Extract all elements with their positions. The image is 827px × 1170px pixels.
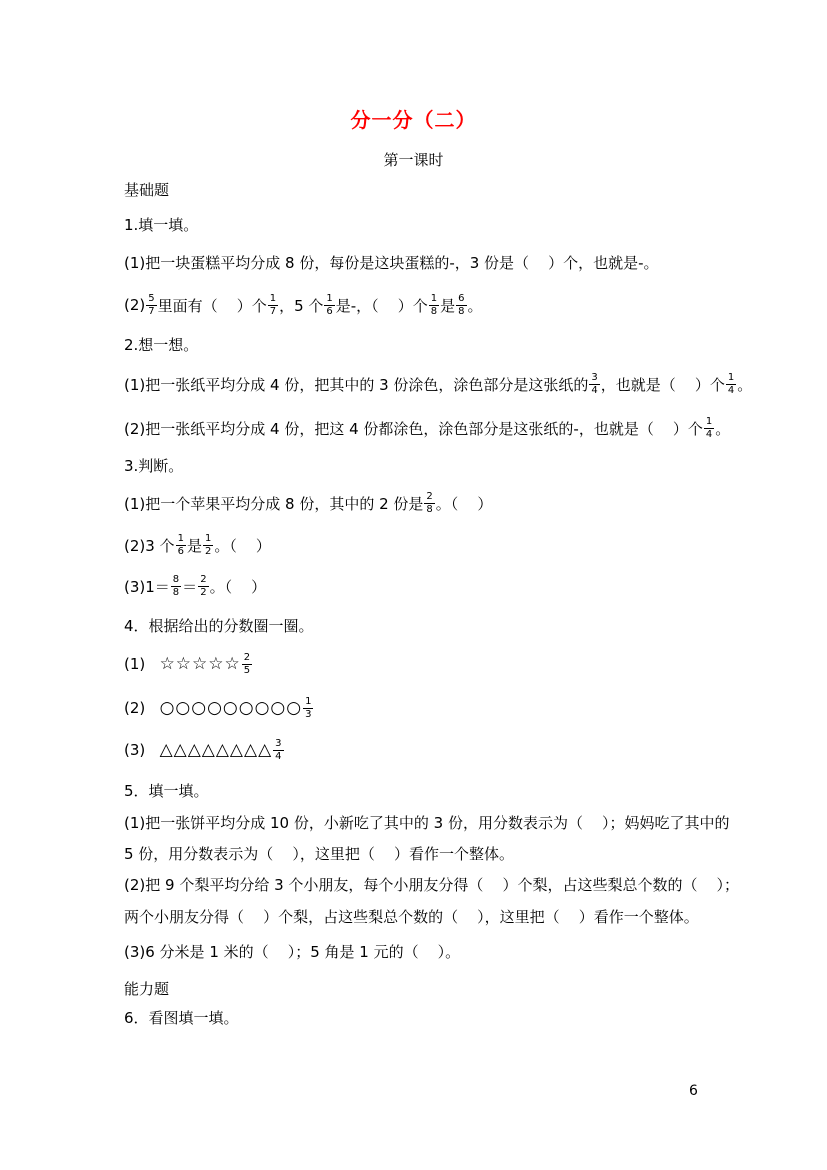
fraction-numerator: 1: [429, 293, 439, 305]
text-run: (1)把一块蛋糕平均分成 8 份，每份是这块蛋糕的-，3 份是（ ）个，也就是-…: [124, 252, 659, 273]
shape-row: △△△△△△△△: [160, 740, 273, 760]
q4-item3: (3) △△△△△△△△34: [124, 735, 285, 765]
text-run: 3.判断。: [124, 455, 183, 476]
text-run: 5．填一填。: [124, 780, 209, 801]
text-run: (2)把 9 个梨平均分给 3 个小朋友，每个小朋友分得（ ）个梨，占这些梨总个…: [124, 874, 739, 895]
text-run: 。（ ）: [436, 493, 493, 514]
fraction: 14: [704, 416, 714, 440]
text-run: (1)把一个苹果平均分成 8 份，其中的 2 份是: [124, 493, 423, 514]
fraction-numerator: 1: [726, 372, 736, 384]
fraction-numerator: 5: [146, 293, 156, 305]
text-run: 6．看图填一填。: [124, 1007, 239, 1028]
q1-item2: (2)57里面有（ ）个17，5 个16是-，（ ）个18是68。: [124, 290, 483, 320]
fraction-denominator: 4: [589, 384, 599, 397]
q5-item1-line2: 5 份，用分数表示为（ ），这里把（ ）看作一个整体。: [124, 838, 514, 868]
fraction-numerator: 2: [198, 574, 208, 586]
fraction: 34: [589, 372, 599, 396]
text-run: (2)把一张纸平均分成 4 份，把这 4 份都涂色，涂色部分是这张纸的-，也就是…: [124, 418, 703, 439]
page-number: 6: [689, 1083, 698, 1099]
fraction-numerator: 1: [268, 293, 278, 305]
text-run: (1)把一张饼平均分成 10 份，小新吃了其中的 3 份，用分数表示为（ ）；妈…: [124, 812, 730, 833]
text-run: 基础题: [124, 179, 169, 200]
q2-header: 2.想一想。: [124, 329, 198, 359]
q5-item2-line1: (2)把 9 个梨平均分给 3 个小朋友，每个小朋友分得（ ）个梨，占这些梨总个…: [124, 869, 739, 899]
text-run: 是: [187, 535, 202, 556]
text-run: 。（ ）: [210, 576, 267, 597]
fraction-numerator: 1: [303, 696, 313, 708]
q3-item3: (3)1＝88＝22。（ ）: [124, 571, 266, 601]
fraction-denominator: 7: [146, 305, 156, 318]
fraction: 25: [242, 652, 252, 676]
shape-row: ○○○○○○○○○: [160, 698, 303, 718]
q1-header: 1.填一填。: [124, 209, 198, 239]
fraction-numerator: 3: [589, 372, 599, 384]
section-basic-label: 基础题: [124, 174, 169, 204]
fraction: 34: [273, 738, 283, 762]
text-run: 。: [737, 374, 752, 395]
fraction: 16: [176, 533, 186, 557]
text-run: 能力题: [124, 978, 169, 999]
fraction: 16: [324, 293, 334, 317]
text-run: (2): [124, 296, 145, 314]
text-run: (3)1＝: [124, 576, 170, 597]
fraction-denominator: 6: [176, 545, 186, 558]
worksheet-page: 分一分（二） 第一课时 基础题1.填一填。(1)把一块蛋糕平均分成 8 份，每份…: [0, 0, 827, 1170]
q5-header: 5．填一填。: [124, 775, 209, 805]
text-run: (2)3 个: [124, 535, 175, 556]
fraction: 17: [268, 293, 278, 317]
fraction-numerator: 8: [171, 574, 181, 586]
text-run: 5 份，用分数表示为（ ），这里把（ ）看作一个整体。: [124, 843, 514, 864]
fraction-numerator: 6: [456, 293, 466, 305]
fraction-denominator: 8: [171, 586, 181, 599]
text-run: (3): [124, 741, 160, 759]
fraction-denominator: 8: [429, 305, 439, 318]
text-run: (1)把一张纸平均分成 4 份，把其中的 3 份涂色，涂色部分是这张纸的: [124, 374, 588, 395]
text-run: 2.想一想。: [124, 334, 198, 355]
fraction-denominator: 7: [268, 305, 278, 318]
q5-item1-line1: (1)把一张饼平均分成 10 份，小新吃了其中的 3 份，用分数表示为（ ）；妈…: [124, 807, 730, 837]
q4-item1: (1) ☆☆☆☆☆25: [124, 649, 253, 679]
text-run: 。: [468, 295, 483, 316]
fraction: 28: [424, 491, 434, 515]
text-run: 。: [715, 418, 730, 439]
text-run: 1.填一填。: [124, 214, 198, 235]
q2-item2: (2)把一张纸平均分成 4 份，把这 4 份都涂色，涂色部分是这张纸的-，也就是…: [124, 413, 730, 443]
text-run: (1): [124, 655, 160, 673]
text-run: 是-，（ ）个: [336, 295, 428, 316]
q3-item1: (1)把一个苹果平均分成 8 份，其中的 2 份是28。（ ）: [124, 488, 492, 518]
fraction: 57: [146, 293, 156, 317]
q4-item2: (2) ○○○○○○○○○13: [124, 693, 314, 723]
fraction-numerator: 3: [273, 738, 283, 750]
fraction: 12: [203, 533, 213, 557]
q4-header: 4．根据给出的分数圈一圈。: [124, 610, 314, 640]
fraction-denominator: 8: [424, 503, 434, 516]
fraction-denominator: 3: [303, 708, 313, 721]
fraction-denominator: 4: [726, 384, 736, 397]
fraction-denominator: 8: [456, 305, 466, 318]
q3-header: 3.判断。: [124, 450, 183, 480]
section-ability-label: 能力题: [124, 973, 169, 1003]
q1-item1: (1)把一块蛋糕平均分成 8 份，每份是这块蛋糕的-，3 份是（ ）个，也就是-…: [124, 247, 659, 277]
fraction-denominator: 2: [198, 586, 208, 599]
text-run: 。（ ）: [214, 535, 271, 556]
fraction: 13: [303, 696, 313, 720]
text-run: 是: [440, 295, 455, 316]
fraction-denominator: 4: [704, 428, 714, 441]
text-run: ，5 个: [279, 295, 323, 316]
text-run: ，也就是（ ）个: [601, 374, 725, 395]
fraction-denominator: 5: [242, 664, 252, 677]
fraction-numerator: 1: [704, 416, 714, 428]
text-run: 里面有（ ）个: [158, 295, 267, 316]
fraction: 22: [198, 574, 208, 598]
text-run: 4．根据给出的分数圈一圈。: [124, 615, 314, 636]
fraction: 18: [429, 293, 439, 317]
fraction-numerator: 2: [242, 652, 252, 664]
text-run: (2): [124, 699, 160, 717]
q2-item1: (1)把一张纸平均分成 4 份，把其中的 3 份涂色，涂色部分是这张纸的34，也…: [124, 369, 752, 399]
fraction-denominator: 6: [324, 305, 334, 318]
fraction: 88: [171, 574, 181, 598]
page-title: 分一分（二）: [0, 104, 827, 133]
text-run: ＝: [182, 576, 197, 597]
fraction-numerator: 1: [176, 533, 186, 545]
q5-item3: (3)6 分米是 1 米的（ ）；5 角是 1 元的（ ）。: [124, 936, 460, 966]
fraction-numerator: 1: [203, 533, 213, 545]
fraction: 68: [456, 293, 466, 317]
fraction-numerator: 1: [324, 293, 334, 305]
shape-row: ☆☆☆☆☆: [160, 654, 241, 674]
q3-item2: (2)3 个16是12。（ ）: [124, 530, 271, 560]
page-subtitle: 第一课时: [0, 149, 827, 170]
fraction-numerator: 2: [424, 491, 434, 503]
text-run: (3)6 分米是 1 米的（ ）；5 角是 1 元的（ ）。: [124, 941, 460, 962]
fraction-denominator: 4: [273, 750, 283, 763]
fraction-denominator: 2: [203, 545, 213, 558]
q5-item2-line2: 两个小朋友分得（ ）个梨，占这些梨总个数的（ ），这里把（ ）看作一个整体。: [124, 901, 699, 931]
q6-header: 6．看图填一填。: [124, 1002, 239, 1032]
fraction: 14: [726, 372, 736, 396]
text-run: 两个小朋友分得（ ）个梨，占这些梨总个数的（ ），这里把（ ）看作一个整体。: [124, 906, 699, 927]
